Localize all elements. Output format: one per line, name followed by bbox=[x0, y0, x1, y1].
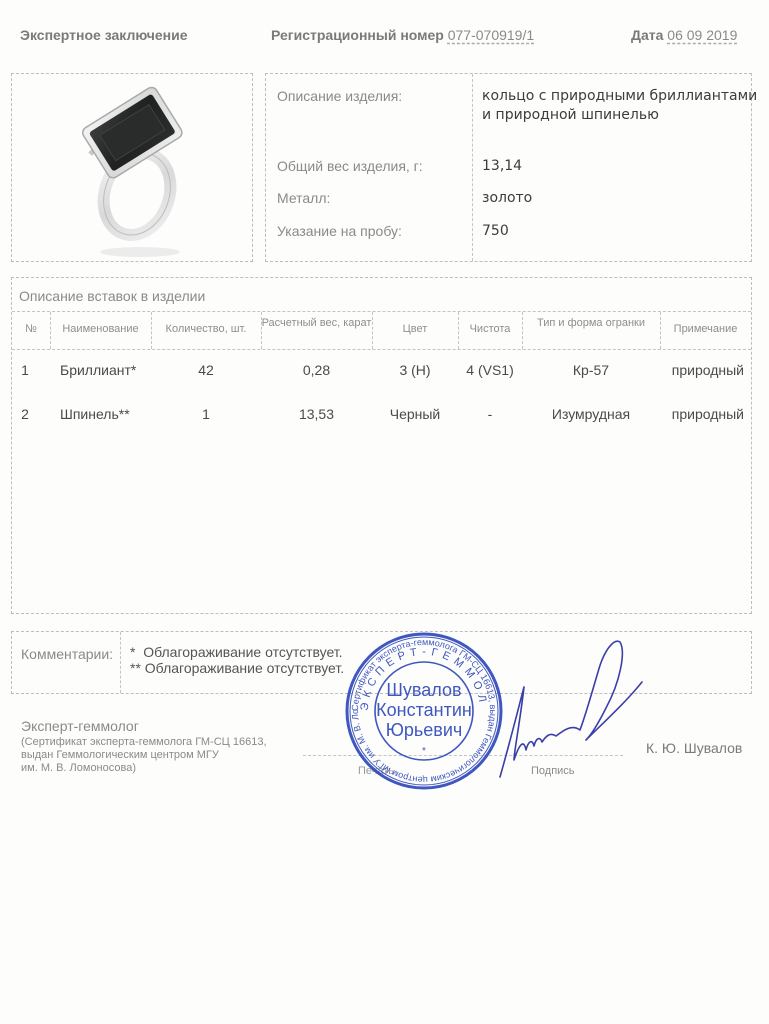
registration-number: Регистрационный номер 077-070919/1 bbox=[271, 27, 534, 43]
column-header: Расчетный вес, карат bbox=[261, 317, 372, 330]
metal-label: Металл: bbox=[277, 190, 330, 206]
stamp-name-line3: Юрьевич bbox=[386, 720, 463, 740]
column-header: Наименование bbox=[50, 323, 151, 336]
stamp-name-line1: Шувалов bbox=[386, 680, 461, 700]
stamp-name-line2: Константин bbox=[376, 700, 472, 720]
date-value: 06 09 2019 bbox=[667, 27, 737, 43]
table-cell: природный bbox=[640, 362, 744, 378]
registration-label: Регистрационный номер bbox=[271, 27, 444, 43]
document-date: Дата 06 09 2019 bbox=[631, 27, 737, 43]
inserts-title: Описание вставок в изделии bbox=[19, 288, 205, 304]
expert-name: К. Ю. Шувалов bbox=[646, 740, 742, 756]
weight-label: Общий вес изделия, г: bbox=[277, 158, 423, 174]
metal-value: золото bbox=[482, 190, 532, 206]
column-header: Чистота bbox=[458, 323, 522, 336]
description-label: Описание изделия: bbox=[277, 88, 402, 104]
table-cell: 3 (H) bbox=[372, 362, 458, 378]
weight-value: 13,14 bbox=[482, 158, 522, 174]
description-value-line2: и природной шпинелью bbox=[482, 107, 659, 123]
column-header: Примечание bbox=[660, 323, 751, 336]
column-header: Тип и форма огранки bbox=[522, 317, 660, 330]
expert-cert-line3: им. М. В. Ломоносова) bbox=[21, 762, 136, 774]
expert-cert-line1: (Сертификат эксперта-геммолога ГМ-СЦ 166… bbox=[21, 736, 267, 748]
table-cell: Бриллиант* bbox=[60, 362, 136, 378]
table-cell: 0,28 bbox=[261, 362, 372, 378]
hallmark-label: Указание на пробу: bbox=[277, 223, 402, 239]
table-cell: Шпинель** bbox=[60, 406, 130, 422]
column-header: Цвет bbox=[372, 323, 458, 336]
table-cell: 1 bbox=[6, 362, 44, 378]
expert-title: Эксперт-геммолог bbox=[21, 718, 139, 734]
table-cell: 42 bbox=[151, 362, 261, 378]
description-value-line1: кольцо с природными бриллиантами bbox=[482, 88, 757, 104]
ring-photo-icon bbox=[12, 74, 252, 261]
table-cell: 2 bbox=[6, 406, 44, 422]
signature-icon bbox=[480, 632, 660, 782]
table-cell: 13,53 bbox=[261, 406, 372, 422]
registration-value: 077-070919/1 bbox=[448, 27, 534, 43]
product-photo-box bbox=[11, 73, 253, 262]
expert-cert-line2: выдан Геммологическим центром МГУ bbox=[21, 749, 219, 761]
svg-text:*: * bbox=[422, 746, 426, 757]
comment-line-1: * Облагораживание отсутствует. bbox=[130, 644, 343, 660]
date-label: Дата bbox=[631, 27, 663, 43]
hallmark-value: 750 bbox=[482, 223, 509, 239]
document-title: Экспертное заключение bbox=[20, 27, 188, 43]
comment-line-2: ** Облагораживание отсутствует. bbox=[130, 660, 344, 676]
table-cell: 4 (VS1) bbox=[458, 362, 522, 378]
table-cell: природный bbox=[640, 406, 744, 422]
table-cell: 1 bbox=[151, 406, 261, 422]
column-header: № bbox=[12, 323, 50, 336]
comments-label: Комментарии: bbox=[21, 646, 113, 662]
table-cell: - bbox=[458, 406, 522, 422]
table-cell: Черный bbox=[372, 406, 458, 422]
column-header: Количество, шт. bbox=[151, 323, 261, 336]
